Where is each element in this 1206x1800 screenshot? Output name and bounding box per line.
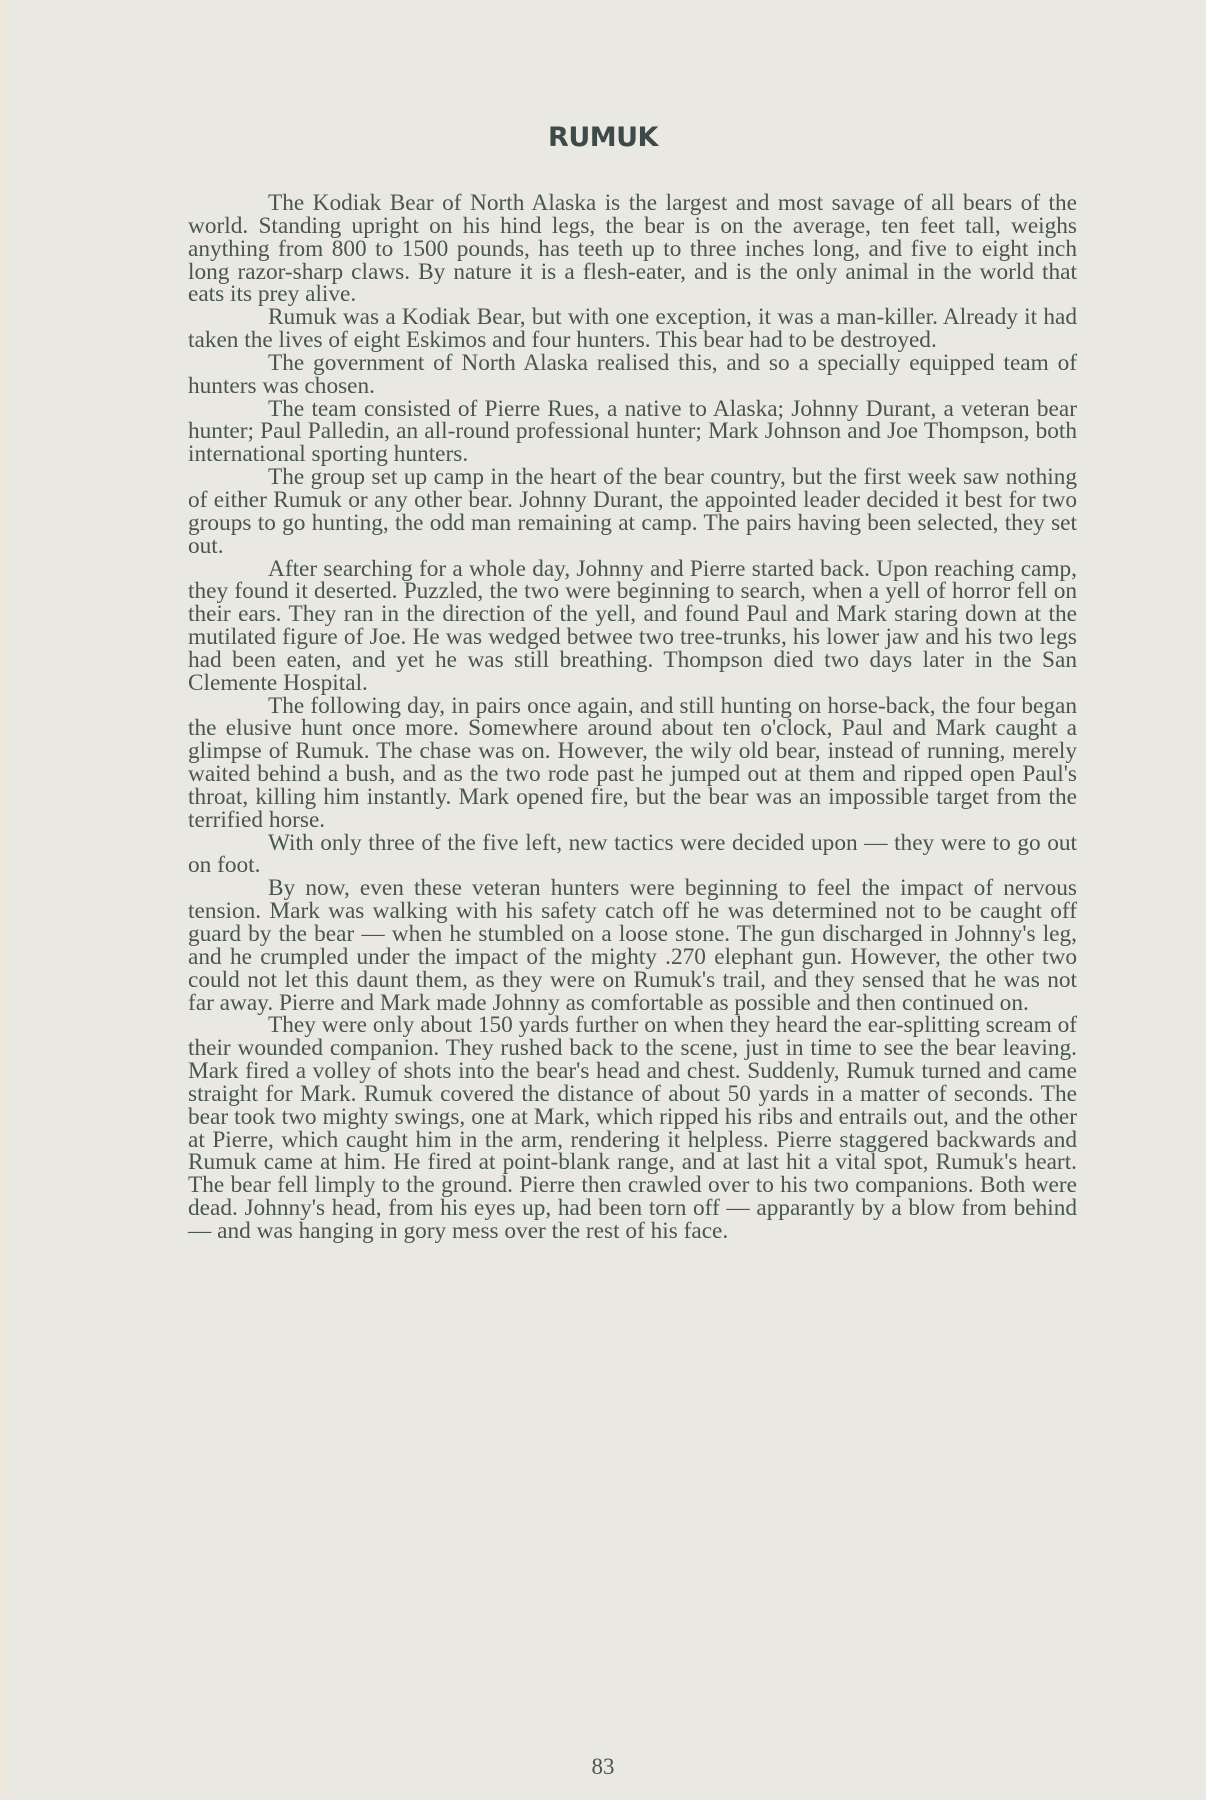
paragraph: The team consisted of Pierre Rues, a nat… — [188, 398, 1077, 467]
paragraph: With only three of the five left, new ta… — [188, 832, 1077, 878]
page-edge — [0, 0, 10, 1800]
paragraph: By now, even these veteran hunters were … — [188, 877, 1077, 1014]
paragraph: Rumuk was a Kodiak Bear, but with one ex… — [188, 306, 1077, 352]
paragraph: After searching for a whole day, Johnny … — [188, 558, 1077, 695]
paragraph: The Kodiak Bear of North Alaska is the l… — [188, 192, 1077, 306]
article-body: The Kodiak Bear of North Alaska is the l… — [188, 192, 1077, 1243]
paragraph: The government of North Alaska realised … — [188, 352, 1077, 398]
paragraph: The following day, in pairs once again, … — [188, 695, 1077, 832]
paragraph: The group set up camp in the heart of th… — [188, 466, 1077, 557]
page-number: 83 — [0, 1754, 1206, 1780]
page-title: RUMUK — [0, 122, 1206, 153]
paragraph: They were only about 150 yards further o… — [188, 1014, 1077, 1242]
